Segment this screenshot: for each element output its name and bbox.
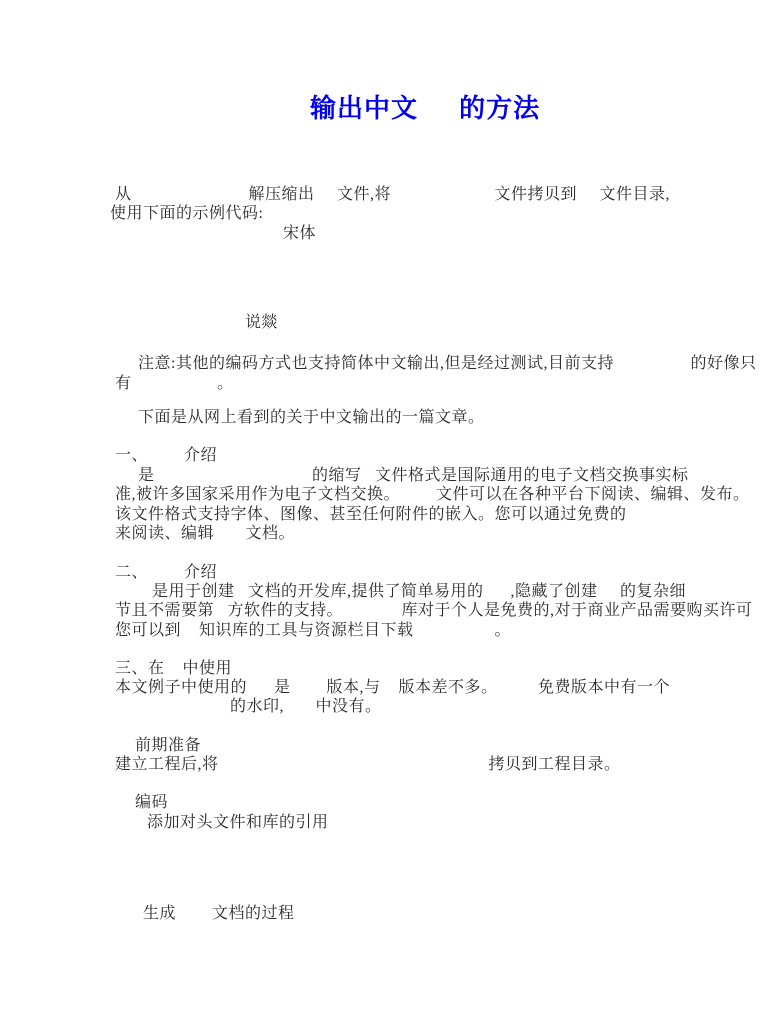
text-line: 前期准备 (135, 736, 201, 756)
text-line: 二、 介绍 (115, 563, 217, 583)
text-line: 建立工程后,将 拷贝到工程目录。 (115, 755, 621, 775)
text-line: 三、在 中使用 (115, 659, 232, 679)
text-line: 生成 文档的过程 (143, 904, 295, 924)
text-line: 宋体 (283, 224, 316, 244)
text-line: 从 解压缩出 文件,将 文件拷贝到 文件目录, (115, 185, 670, 205)
document-title: 输出中文 的方法 (310, 88, 540, 125)
text-line: 您可以到 知识库的工具与资源栏目下载 。 (115, 621, 511, 641)
text-line: 准,被许多国家采用作为电子文档交换。 文件可以在各种平台下阅读、编辑、发布。 (115, 485, 750, 505)
text-line: 是用于创建 文档的开发库,提供了简单易用的 ,隐藏了创建 的复杂细 (152, 582, 686, 602)
text-line: 注意:其他的编码方式也支持简体中文输出,但是经过测试,目前支持 的好像只 (138, 354, 756, 374)
text-line: 该文件格式支持字体、图像、甚至任何附件的嵌入。您可以通过免费的 (115, 505, 627, 525)
document-page: 输出中文 的方法 从 解压缩出 文件,将 文件拷贝到 文件目录, 使用下面的示例… (0, 0, 768, 1024)
text-line: 的水印, 中没有。 (230, 697, 382, 717)
text-line: 添加对头文件和库的引用 (147, 813, 329, 833)
text-line: 本文例子中使用的 是 版本,与 版本差不多。 免费版本中有一个 (115, 678, 670, 698)
text-line: 来阅读、编辑 文档。 (115, 524, 295, 544)
text-line: 使用下面的示例代码: (110, 204, 263, 224)
text-line: 说燚 (245, 313, 278, 333)
text-line: 一、 介绍 (115, 446, 217, 466)
text-line: 下面是从网上看到的关于中文输出的一篇文章。 (138, 408, 485, 428)
text-line: 有 。 (115, 374, 234, 394)
text-line: 是 的缩写 文件格式是国际通用的电子文档交换事实标 (138, 466, 689, 486)
text-line: 编码 (135, 793, 168, 813)
text-line: 节且不需要第 方软件的支持。 库对于个人是免费的,对于商业产品需要购买许可 (115, 601, 753, 621)
